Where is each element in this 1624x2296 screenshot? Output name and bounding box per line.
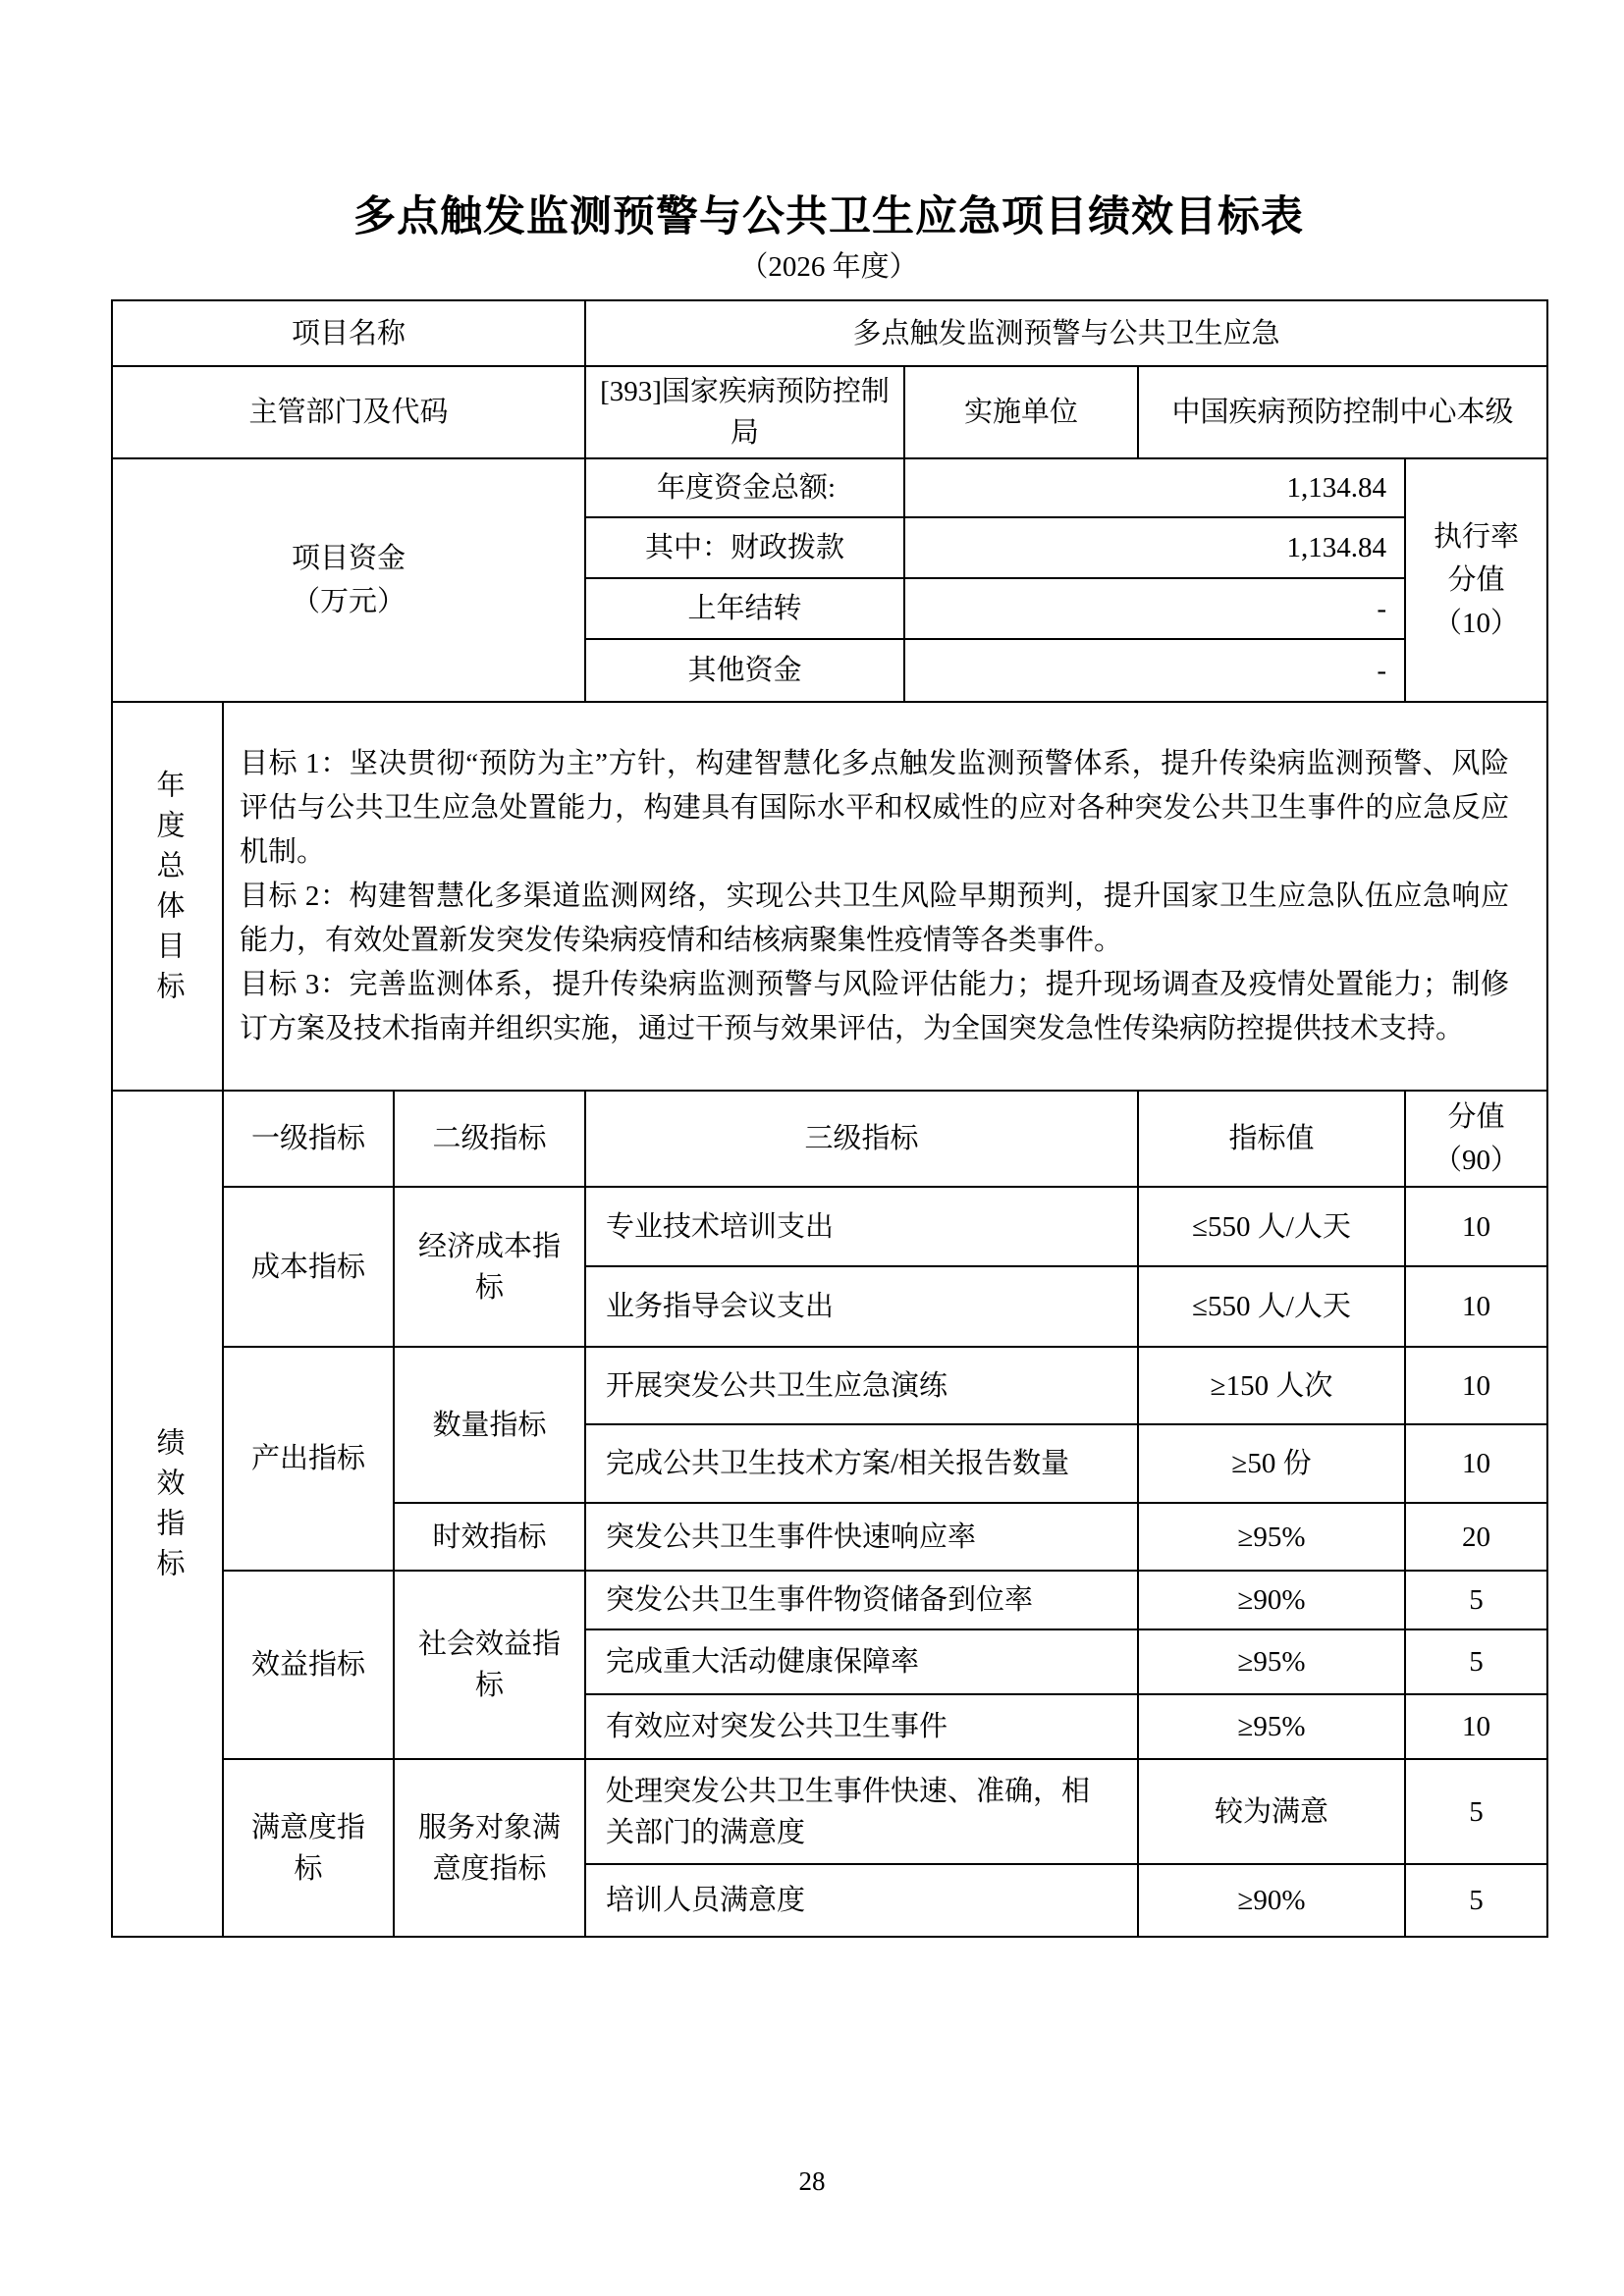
funding-other-label: 其他资金 xyxy=(585,639,904,702)
funding-carryover-value: - xyxy=(904,578,1405,639)
indicator-score-cell: 10 xyxy=(1405,1694,1547,1759)
funding-row-total: 项目资金 （万元） 年度资金总额: 1,134.84 执行率 分值 （10） xyxy=(112,458,1547,517)
performance-target-table: 项目名称 多点触发监测预警与公共卫生应急 主管部门及代码 [393]国家疾病预防… xyxy=(111,299,1548,1938)
indicator-score-cell: 5 xyxy=(1405,1629,1547,1694)
annual-goals-row: 年度总体目标 目标 1：坚决贯彻“预防为主”方针，构建智慧化多点触发监测预警体系… xyxy=(112,702,1547,1091)
l3-indicator-cell: 开展突发公共卫生应急演练 xyxy=(585,1347,1138,1424)
annual-goals-label: 年度总体目标 xyxy=(112,702,223,1091)
indicator-row: 成本指标 经济成本指标 专业技术培训支出 ≤550 人/人天 10 xyxy=(112,1187,1547,1266)
l3-indicator-cell: 业务指导会议支出 xyxy=(585,1266,1138,1347)
funding-carryover-label: 上年结转 xyxy=(585,578,904,639)
indicators-section-label-text: 绩效指标 xyxy=(152,1427,184,1588)
indicators-section-label: 绩效指标 xyxy=(112,1091,223,1937)
l3-indicator-cell: 处理突发公共卫生事件快速、准确，相关部门的满意度 xyxy=(585,1759,1138,1864)
implementing-unit-label: 实施单位 xyxy=(904,366,1138,458)
project-name-value: 多点触发监测预警与公共卫生应急 xyxy=(585,300,1547,366)
l2-sub-cell: 服务对象满意度指标 xyxy=(394,1759,585,1937)
annual-goals-text: 目标 1：坚决贯彻“预防为主”方针，构建智慧化多点触发监测预警体系，提升传染病监… xyxy=(223,702,1547,1091)
l1-group-cell: 满意度指标 xyxy=(223,1759,394,1937)
l2-sub-cell: 数量指标 xyxy=(394,1347,585,1503)
indicator-row: 产出指标 数量指标 开展突发公共卫生应急演练 ≥150 人次 10 xyxy=(112,1347,1547,1424)
indicator-value-cell: ≥95% xyxy=(1138,1694,1405,1759)
department-value: [393]国家疾病预防控制局 xyxy=(585,366,904,458)
indicator-row: 效益指标 社会效益指标 突发公共卫生事件物资储备到位率 ≥90% 5 xyxy=(112,1571,1547,1629)
indicator-score-cell: 10 xyxy=(1405,1424,1547,1503)
l2-sub-cell: 社会效益指标 xyxy=(394,1571,585,1759)
indicator-value-cell: ≥90% xyxy=(1138,1864,1405,1937)
l3-indicator-cell: 有效应对突发公共卫生事件 xyxy=(585,1694,1138,1759)
indicator-value-cell: ≤550 人/人天 xyxy=(1138,1266,1405,1347)
indicator-value-cell: ≥50 份 xyxy=(1138,1424,1405,1503)
funding-total-label: 年度资金总额: xyxy=(585,458,904,517)
l3-indicator-cell: 培训人员满意度 xyxy=(585,1864,1138,1937)
funding-fiscal-value: 1,134.84 xyxy=(904,517,1405,578)
l1-group-cell: 成本指标 xyxy=(223,1187,394,1347)
indicator-value-cell: 较为满意 xyxy=(1138,1759,1405,1864)
goal-paragraph-1: 目标 1：坚决贯彻“预防为主”方针，构建智慧化多点触发监测预警体系，提升传染病监… xyxy=(240,742,1509,875)
l3-indicator-cell: 专业技术培训支出 xyxy=(585,1187,1138,1266)
project-name-label: 项目名称 xyxy=(112,300,585,366)
indicator-score-cell: 10 xyxy=(1405,1266,1547,1347)
annual-goals-label-text: 年度总体目标 xyxy=(152,770,184,1011)
indicator-score-cell: 20 xyxy=(1405,1503,1547,1571)
funding-other-value: - xyxy=(904,639,1405,702)
header-level1: 一级指标 xyxy=(223,1091,394,1187)
implementing-unit-value: 中国疾病预防控制中心本级 xyxy=(1138,366,1547,458)
indicator-score-cell: 10 xyxy=(1405,1187,1547,1266)
department-label: 主管部门及代码 xyxy=(112,366,585,458)
indicators-header-row: 绩效指标 一级指标 二级指标 三级指标 指标值 分值 （90） xyxy=(112,1091,1547,1187)
l3-indicator-cell: 完成公共卫生技术方案/相关报告数量 xyxy=(585,1424,1138,1503)
indicator-score-cell: 5 xyxy=(1405,1864,1547,1937)
indicator-value-cell: ≥95% xyxy=(1138,1503,1405,1571)
l1-group-cell: 效益指标 xyxy=(223,1571,394,1759)
header-value: 指标值 xyxy=(1138,1091,1405,1187)
project-name-row: 项目名称 多点触发监测预警与公共卫生应急 xyxy=(112,300,1547,366)
header-score: 分值 （90） xyxy=(1405,1091,1547,1187)
indicator-value-cell: ≥95% xyxy=(1138,1629,1405,1694)
indicator-value-cell: ≥150 人次 xyxy=(1138,1347,1405,1424)
indicator-value-cell: ≥90% xyxy=(1138,1571,1405,1629)
indicator-value-cell: ≤550 人/人天 xyxy=(1138,1187,1405,1266)
document-title: 多点触发监测预警与公共卫生应急项目绩效目标表 xyxy=(111,193,1546,241)
l3-indicator-cell: 完成重大活动健康保障率 xyxy=(585,1629,1138,1694)
indicator-row: 满意度指标 服务对象满意度指标 处理突发公共卫生事件快速、准确，相关部门的满意度… xyxy=(112,1759,1547,1864)
indicator-score-cell: 5 xyxy=(1405,1759,1547,1864)
funding-total-value: 1,134.84 xyxy=(904,458,1405,517)
funding-fiscal-label: 其中：财政拨款 xyxy=(585,517,904,578)
l2-sub-cell: 时效指标 xyxy=(394,1503,585,1571)
indicator-score-cell: 5 xyxy=(1405,1571,1547,1629)
l1-group-cell: 产出指标 xyxy=(223,1347,394,1571)
header-level3: 三级指标 xyxy=(585,1091,1138,1187)
indicator-score-cell: 10 xyxy=(1405,1347,1547,1424)
department-row: 主管部门及代码 [393]国家疾病预防控制局 实施单位 中国疾病预防控制中心本级 xyxy=(112,366,1547,458)
header-level2: 二级指标 xyxy=(394,1091,585,1187)
document-page: 多点触发监测预警与公共卫生应急项目绩效目标表 （2026 年度） 项目名称 多点… xyxy=(0,0,1624,1938)
execution-rate-score-cell: 执行率 分值 （10） xyxy=(1405,458,1547,702)
page-number: 28 xyxy=(0,2166,1624,2197)
l3-indicator-cell: 突发公共卫生事件物资储备到位率 xyxy=(585,1571,1138,1629)
goal-paragraph-3: 目标 3：完善监测体系，提升传染病监测预警与风险评估能力；提升现场调查及疫情处置… xyxy=(240,963,1509,1051)
document-subtitle: （2026 年度） xyxy=(111,249,1546,287)
l2-sub-cell: 经济成本指标 xyxy=(394,1187,585,1347)
funding-section-label: 项目资金 （万元） xyxy=(112,458,585,702)
goal-paragraph-2: 目标 2：构建智慧化多渠道监测网络，实现公共卫生风险早期预判，提升国家卫生应急队… xyxy=(240,875,1509,963)
l3-indicator-cell: 突发公共卫生事件快速响应率 xyxy=(585,1503,1138,1571)
